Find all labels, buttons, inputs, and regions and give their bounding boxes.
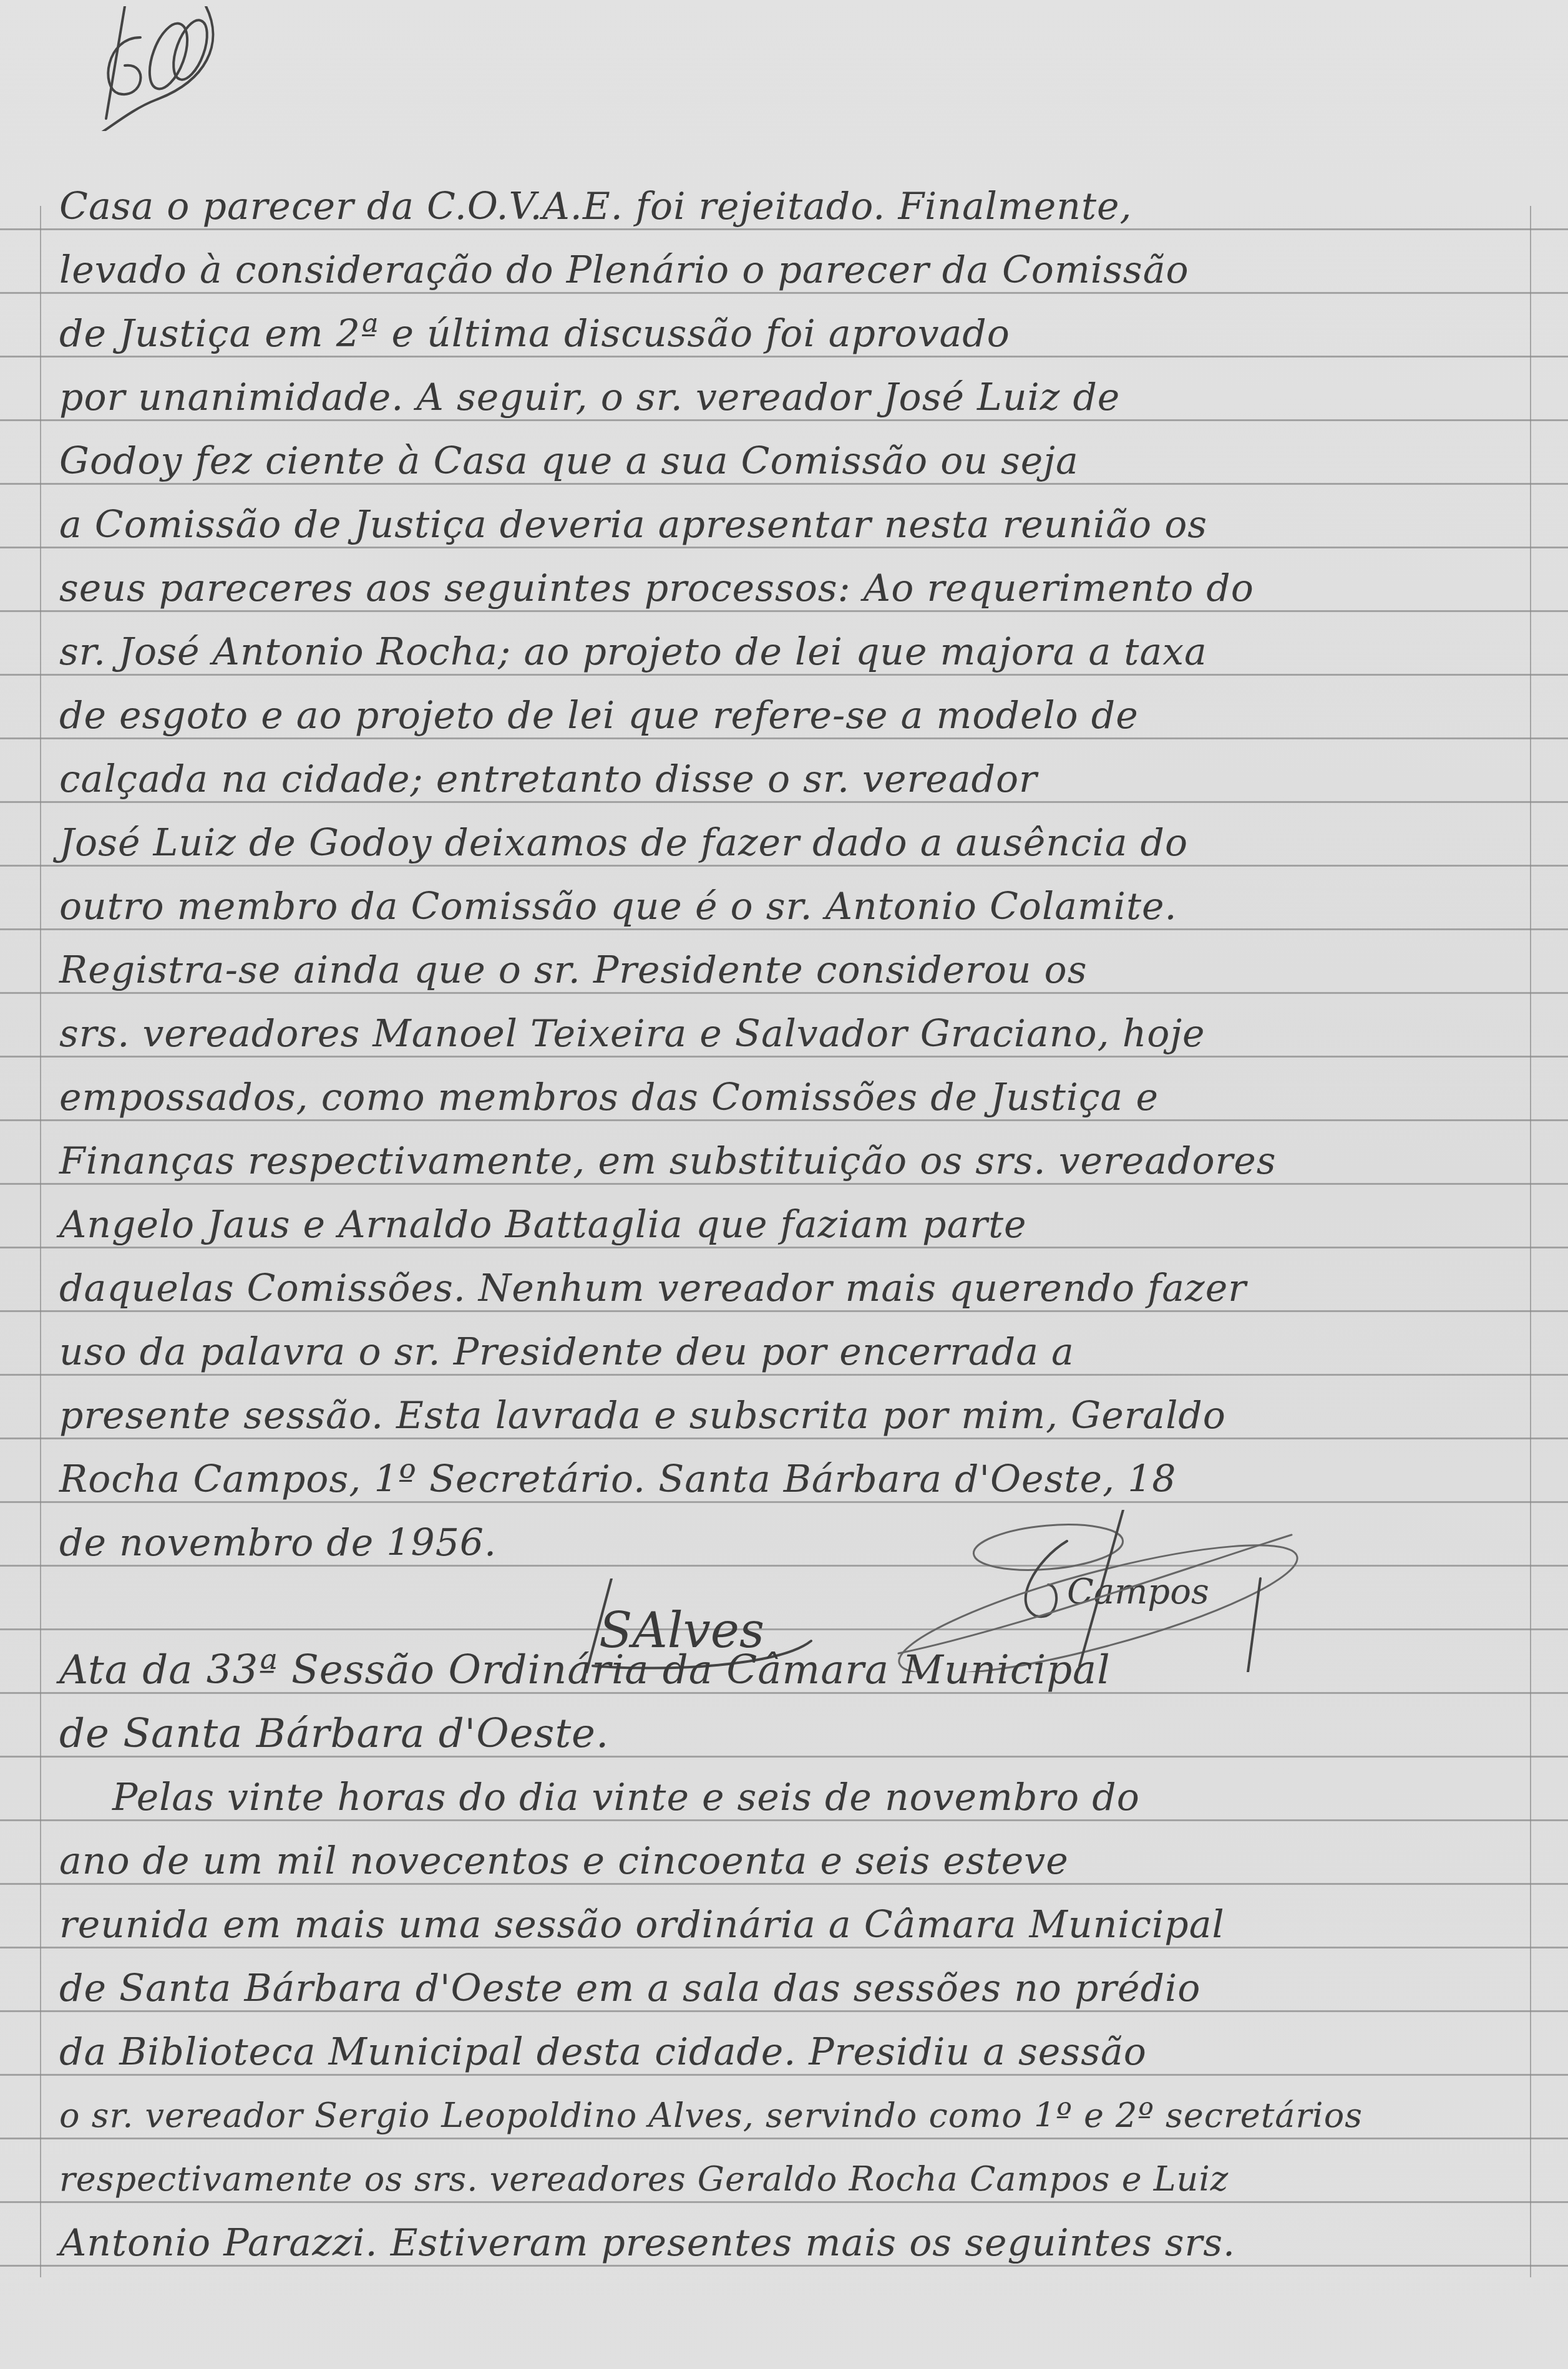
minutes-title-line: Ata da 33ª Sessão Ordinária da Câmara Mu… <box>59 1648 1519 1692</box>
ruled-line <box>0 928 1568 930</box>
initial-signature-icon <box>81 6 231 131</box>
text-line: Casa o parecer da C.O.V.A.E. foi rejeita… <box>59 185 1519 228</box>
text-line: daquelas Comissões. Nenhum vereador mais… <box>59 1267 1519 1310</box>
ruled-line <box>0 2074 1568 2076</box>
left-margin-line <box>40 206 41 2277</box>
text-line: José Luiz de Godoy deixamos de fazer dad… <box>59 821 1519 865</box>
text-line: de Justiça em 2ª e última discussão foi … <box>59 312 1519 356</box>
text-line: Angelo Jaus e Arnaldo Battaglia que fazi… <box>59 1203 1519 1247</box>
ruled-line <box>0 2265 1568 2267</box>
ruled-line <box>0 228 1568 230</box>
text-line: Registra-se ainda que o sr. Presidente c… <box>59 948 1519 992</box>
ruled-line <box>0 674 1568 676</box>
ruled-line <box>0 1565 1568 1567</box>
ruled-line <box>0 2138 1568 2139</box>
ruled-line <box>0 1947 1568 1948</box>
ruled-line <box>0 356 1568 358</box>
ruled-line <box>0 1819 1568 1821</box>
text-line: Finanças respectivamente, em substituiçã… <box>59 1139 1519 1183</box>
text-line: reunida em mais uma sessão ordinária a C… <box>59 1903 1519 1947</box>
ruled-line <box>0 1119 1568 1121</box>
ruled-line <box>0 292 1568 294</box>
ruled-line <box>0 992 1568 994</box>
text-line: Godoy fez ciente à Casa que a sua Comiss… <box>59 439 1519 483</box>
text-line: presente sessão. Esta lavrada e subscrit… <box>59 1394 1519 1437</box>
ruled-line <box>0 1437 1568 1439</box>
text-line: seus pareceres aos seguintes processos: … <box>59 567 1519 610</box>
text-line: da Biblioteca Municipal desta cidade. Pr… <box>59 2030 1519 2074</box>
ruled-line <box>0 1374 1568 1376</box>
ruled-line <box>0 1183 1568 1185</box>
text-line: de Santa Bárbara d'Oeste em a sala das s… <box>59 1967 1519 2010</box>
svg-text:Campos: Campos <box>1067 1572 1209 1612</box>
ruled-line <box>0 1056 1568 1058</box>
ruled-line <box>0 737 1568 739</box>
minutes-title-line: de Santa Bárbara d'Oeste. <box>59 1712 1519 1756</box>
ruled-line <box>0 1501 1568 1503</box>
text-line: Pelas vinte horas do dia vinte e seis de… <box>112 1776 1568 1819</box>
text-line: a Comissão de Justiça deveria apresentar… <box>59 503 1519 547</box>
text-line: empossados, como membros das Comissões d… <box>59 1076 1519 1119</box>
document-page: Casa o parecer da C.O.V.A.E. foi rejeita… <box>0 0 1568 2369</box>
text-line: ano de um mil novecentos e cincoenta e s… <box>59 1839 1519 1883</box>
text-line: outro membro da Comissão que é o sr. Ant… <box>59 885 1519 928</box>
text-line: srs. vereadores Manoel Teixeira e Salvad… <box>59 1012 1519 1056</box>
text-line: Antonio Parazzi. Estiveram presentes mai… <box>59 2221 1519 2265</box>
ruled-line <box>0 1310 1568 1312</box>
text-line: calçada na cidade; entretanto disse o sr… <box>59 757 1519 801</box>
text-line: levado à consideração do Plenário o pare… <box>59 248 1519 292</box>
ruled-line <box>0 1883 1568 1885</box>
right-margin-line <box>1530 206 1531 2277</box>
ruled-line <box>0 2010 1568 2012</box>
ruled-line <box>0 1247 1568 1248</box>
text-line: Rocha Campos, 1º Secretário. Santa Bárba… <box>59 1457 1519 1501</box>
ruled-line <box>0 547 1568 548</box>
ruled-line <box>0 801 1568 803</box>
ruled-line <box>0 419 1568 421</box>
text-line: por unanimidade. A seguir, o sr. vereado… <box>59 376 1519 419</box>
text-line: de esgoto e ao projeto de lei que refere… <box>59 694 1519 737</box>
text-line: sr. José Antonio Rocha; ao projeto de le… <box>59 630 1519 674</box>
ruled-line <box>0 865 1568 867</box>
text-line: uso da palavra o sr. Presidente deu por … <box>59 1330 1519 1374</box>
text-line: o sr. vereador Sergio Leopoldino Alves, … <box>59 2094 1519 2138</box>
ruled-line <box>0 483 1568 485</box>
ruled-line <box>0 610 1568 612</box>
ruled-line <box>0 2201 1568 2203</box>
text-line: respectivamente os srs. vereadores Geral… <box>59 2157 1519 2201</box>
